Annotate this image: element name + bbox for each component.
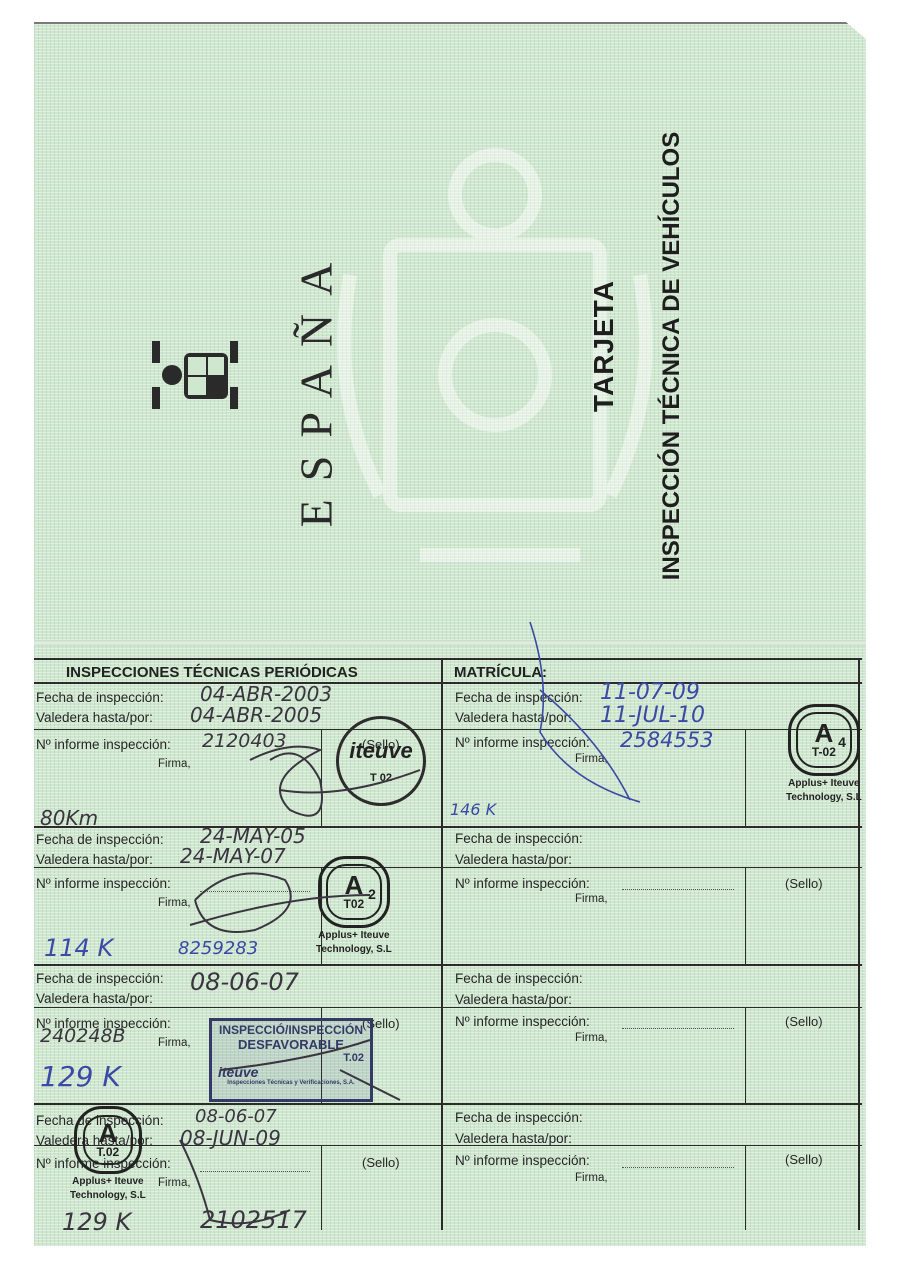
- signature-strokes: [0, 0, 900, 1264]
